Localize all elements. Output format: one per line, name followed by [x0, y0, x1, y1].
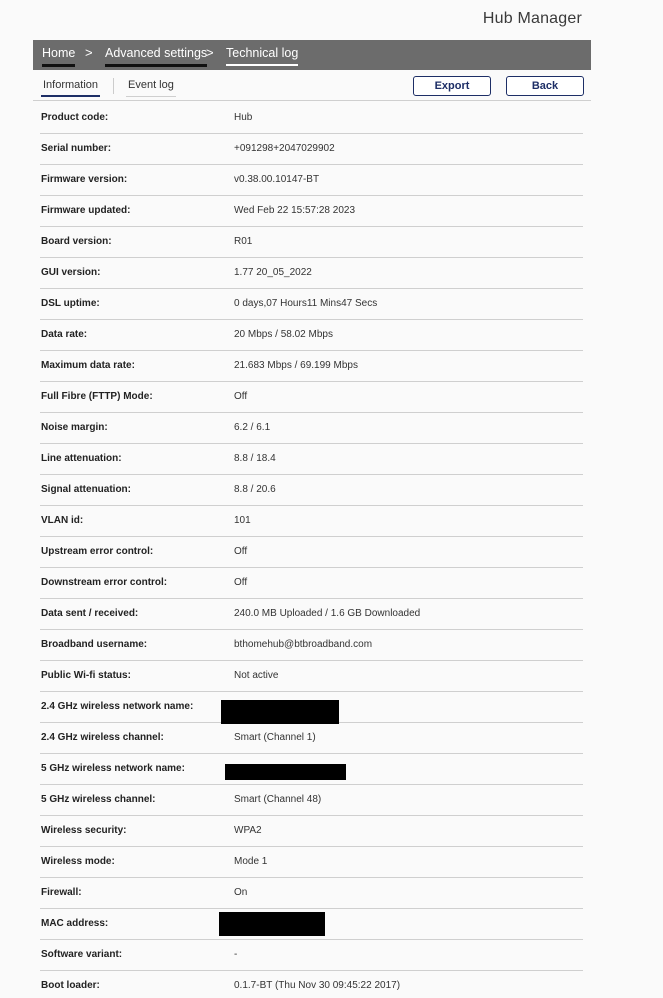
table-row: Data sent / received:240.0 MB Uploaded /…	[40, 599, 583, 630]
row-label: Signal attenuation:	[41, 484, 131, 495]
row-label: Board version:	[41, 236, 112, 247]
row-label: Firewall:	[41, 887, 82, 898]
export-button[interactable]: Export	[413, 76, 491, 96]
row-label: DSL uptime:	[41, 298, 100, 309]
app-title: Hub Manager	[483, 10, 582, 28]
row-value: Wed Feb 22 15:57:28 2023	[234, 205, 355, 216]
row-value: WPA2	[234, 825, 262, 836]
row-label: Data rate:	[41, 329, 87, 340]
row-value: Not active	[234, 670, 278, 681]
table-row: Product code:Hub	[40, 103, 583, 134]
table-row: Serial number:+091298+2047029902	[40, 134, 583, 165]
row-value: R01	[234, 236, 252, 247]
back-button[interactable]: Back	[506, 76, 584, 96]
table-row: 2.4 GHz wireless channel:Smart (Channel …	[40, 723, 583, 754]
breadcrumb-advanced-settings[interactable]: Advanced settings	[105, 46, 207, 60]
row-label: Downstream error control:	[41, 577, 167, 588]
table-row: Full Fibre (FTTP) Mode:Off	[40, 382, 583, 413]
redacted-value	[219, 912, 325, 936]
tab-event-log[interactable]: Event log	[128, 79, 174, 91]
row-value: Off	[234, 546, 247, 557]
breadcrumb: Home > Advanced settings > Technical log	[33, 40, 591, 70]
table-row: Maximum data rate:21.683 Mbps / 69.199 M…	[40, 351, 583, 382]
row-value: Off	[234, 391, 247, 402]
row-label: VLAN id:	[41, 515, 83, 526]
row-value: 101	[234, 515, 251, 526]
row-value: +091298+2047029902	[234, 143, 335, 154]
row-label: 2.4 GHz wireless network name:	[41, 701, 193, 712]
row-value: 240.0 MB Uploaded / 1.6 GB Downloaded	[234, 608, 420, 619]
table-row: 5 GHz wireless channel:Smart (Channel 48…	[40, 785, 583, 816]
table-row: MAC address:	[40, 909, 583, 940]
row-value: 8.8 / 18.4	[234, 453, 276, 464]
row-label: GUI version:	[41, 267, 100, 278]
row-label: Upstream error control:	[41, 546, 153, 557]
table-row: Board version:R01	[40, 227, 583, 258]
row-label: Line attenuation:	[41, 453, 122, 464]
table-row: Wireless security:WPA2	[40, 816, 583, 847]
row-label: Broadband username:	[41, 639, 147, 650]
info-table: Product code:HubSerial number:+091298+20…	[40, 103, 583, 998]
table-row: Data rate:20 Mbps / 58.02 Mbps	[40, 320, 583, 351]
table-row: Line attenuation:8.8 / 18.4	[40, 444, 583, 475]
table-row: 2.4 GHz wireless network name:	[40, 692, 583, 723]
row-label: Firmware updated:	[41, 205, 130, 216]
row-label: MAC address:	[41, 918, 108, 929]
table-row: DSL uptime:0 days,07 Hours11 Mins47 Secs	[40, 289, 583, 320]
row-value: 0.1.7-BT (Thu Nov 30 09:45:22 2017)	[234, 980, 400, 991]
table-row: Firmware version:v0.38.00.10147-BT	[40, 165, 583, 196]
table-row: Noise margin:6.2 / 6.1	[40, 413, 583, 444]
redacted-value	[225, 764, 346, 780]
row-value: bthomehub@btbroadband.com	[234, 639, 372, 650]
table-row: Wireless mode:Mode 1	[40, 847, 583, 878]
table-row: Software variant:-	[40, 940, 583, 971]
row-value: v0.38.00.10147-BT	[234, 174, 319, 185]
row-label: Serial number:	[41, 143, 111, 154]
row-label: 5 GHz wireless network name:	[41, 763, 185, 774]
row-value: Off	[234, 577, 247, 588]
table-row: Signal attenuation:8.8 / 20.6	[40, 475, 583, 506]
row-value: 1.77 20_05_2022	[234, 267, 312, 278]
table-row: Boot loader:0.1.7-BT (Thu Nov 30 09:45:2…	[40, 971, 583, 998]
table-row: VLAN id:101	[40, 506, 583, 537]
table-row: Downstream error control:Off	[40, 568, 583, 599]
row-label: Wireless security:	[41, 825, 127, 836]
row-label: Maximum data rate:	[41, 360, 135, 371]
row-value: Smart (Channel 1)	[234, 732, 316, 743]
row-label: Public Wi-fi status:	[41, 670, 131, 681]
row-label: 2.4 GHz wireless channel:	[41, 732, 164, 743]
row-label: Full Fibre (FTTP) Mode:	[41, 391, 153, 402]
row-label: Product code:	[41, 112, 108, 123]
chevron-right-icon: >	[206, 45, 214, 60]
table-row: Upstream error control:Off	[40, 537, 583, 568]
row-value: 6.2 / 6.1	[234, 422, 270, 433]
row-value: On	[234, 887, 247, 898]
tab-divider	[113, 78, 114, 94]
row-label: Software variant:	[41, 949, 122, 960]
row-value: Mode 1	[234, 856, 267, 867]
row-label: Data sent / received:	[41, 608, 138, 619]
row-value: 20 Mbps / 58.02 Mbps	[234, 329, 333, 340]
row-value: -	[234, 949, 237, 960]
row-label: Wireless mode:	[41, 856, 115, 867]
row-value: 0 days,07 Hours11 Mins47 Secs	[234, 298, 377, 309]
row-value: 21.683 Mbps / 69.199 Mbps	[234, 360, 358, 371]
row-value: Smart (Channel 48)	[234, 794, 321, 805]
table-row: Firmware updated:Wed Feb 22 15:57:28 202…	[40, 196, 583, 227]
row-value: Hub	[234, 112, 252, 123]
table-row: GUI version:1.77 20_05_2022	[40, 258, 583, 289]
tab-information[interactable]: Information	[43, 79, 98, 91]
redacted-value	[221, 700, 339, 724]
breadcrumb-technical-log[interactable]: Technical log	[226, 46, 298, 60]
tab-bar-divider	[33, 100, 591, 101]
breadcrumb-home[interactable]: Home	[42, 46, 75, 60]
row-label: Firmware version:	[41, 174, 127, 185]
table-row: 5 GHz wireless network name:	[40, 754, 583, 785]
row-label: Boot loader:	[41, 980, 100, 991]
row-label: 5 GHz wireless channel:	[41, 794, 156, 805]
table-row: Firewall:On	[40, 878, 583, 909]
table-row: Public Wi-fi status:Not active	[40, 661, 583, 692]
table-row: Broadband username:bthomehub@btbroadband…	[40, 630, 583, 661]
chevron-right-icon: >	[85, 45, 93, 60]
row-value: 8.8 / 20.6	[234, 484, 276, 495]
row-label: Noise margin:	[41, 422, 108, 433]
